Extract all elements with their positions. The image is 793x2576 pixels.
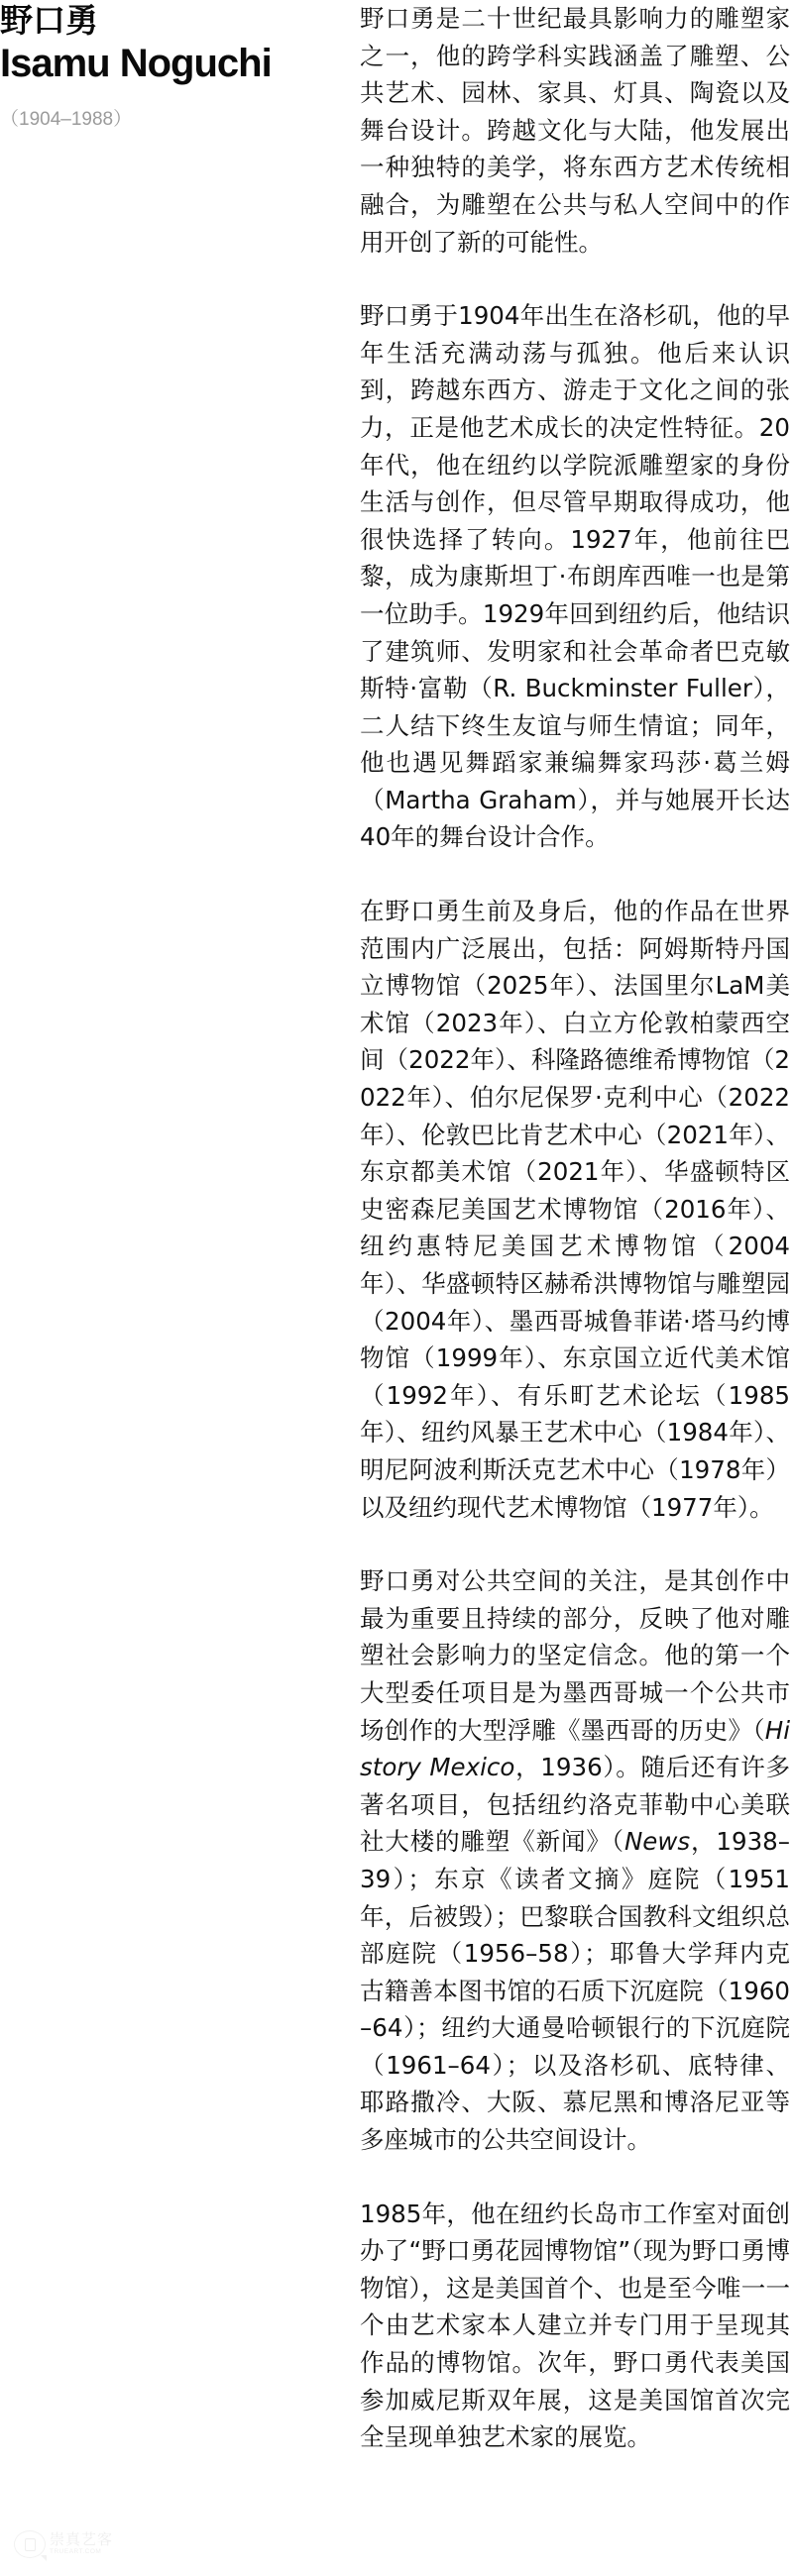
artist-name-english: Isamu Noguchi xyxy=(0,41,347,86)
bio-paragraph-early-life: 野口勇于1904年出生在洛杉矶，他的早年生活充满动荡与孤独。他后来认识到，跨越东… xyxy=(360,297,790,856)
bio-paragraph-intro: 野口勇是二十世纪最具影响力的雕塑家之一，他的跨学科实践涵盖了雕塑、公共艺术、园林… xyxy=(360,0,790,261)
document-bubble-icon xyxy=(14,2530,46,2558)
watermark-label-cn: 崇真艺客 xyxy=(50,2532,113,2547)
biography-body: 野口勇是二十世纪最具影响力的雕塑家之一，他的跨学科实践涵盖了雕塑、公共艺术、园林… xyxy=(360,0,790,2493)
watermark-label-en: TRUEART.COM xyxy=(50,2549,113,2556)
text-segment: 野口勇对公共空间的关注，是其创作中最为重要且持续的部分，反映了他对雕塑社会影响力… xyxy=(360,1566,790,1744)
artist-header: 野口勇 Isamu Noguchi （1904–1988） xyxy=(0,0,347,132)
artist-lifespan: （1904–1988） xyxy=(0,108,347,132)
bio-paragraph-exhibitions: 在野口勇生前及身后，他的作品在世界范围内广泛展出，包括：阿姆斯特丹国立博物馆（2… xyxy=(360,893,790,1526)
document-icon xyxy=(25,2538,36,2551)
site-watermark: 崇真艺客 TRUEART.COM xyxy=(14,2524,125,2564)
text-segment: ，1938–39）；东京《读者文摘》庭院（1951年，后被毁）；巴黎联合国教科文… xyxy=(360,1827,790,2154)
bio-paragraph-public-space: 野口勇对公共空间的关注，是其创作中最为重要且持续的部分，反映了他对雕塑社会影响力… xyxy=(360,1562,790,2159)
artwork-title-news: News xyxy=(624,1827,690,1856)
bio-paragraph-museum: 1985年，他在纽约长岛市工作室对面创办了“野口勇花园博物馆”（现为野口勇博物馆… xyxy=(360,2196,790,2456)
artist-name-chinese: 野口勇 xyxy=(0,0,347,41)
watermark-text: 崇真艺客 TRUEART.COM xyxy=(50,2532,113,2556)
